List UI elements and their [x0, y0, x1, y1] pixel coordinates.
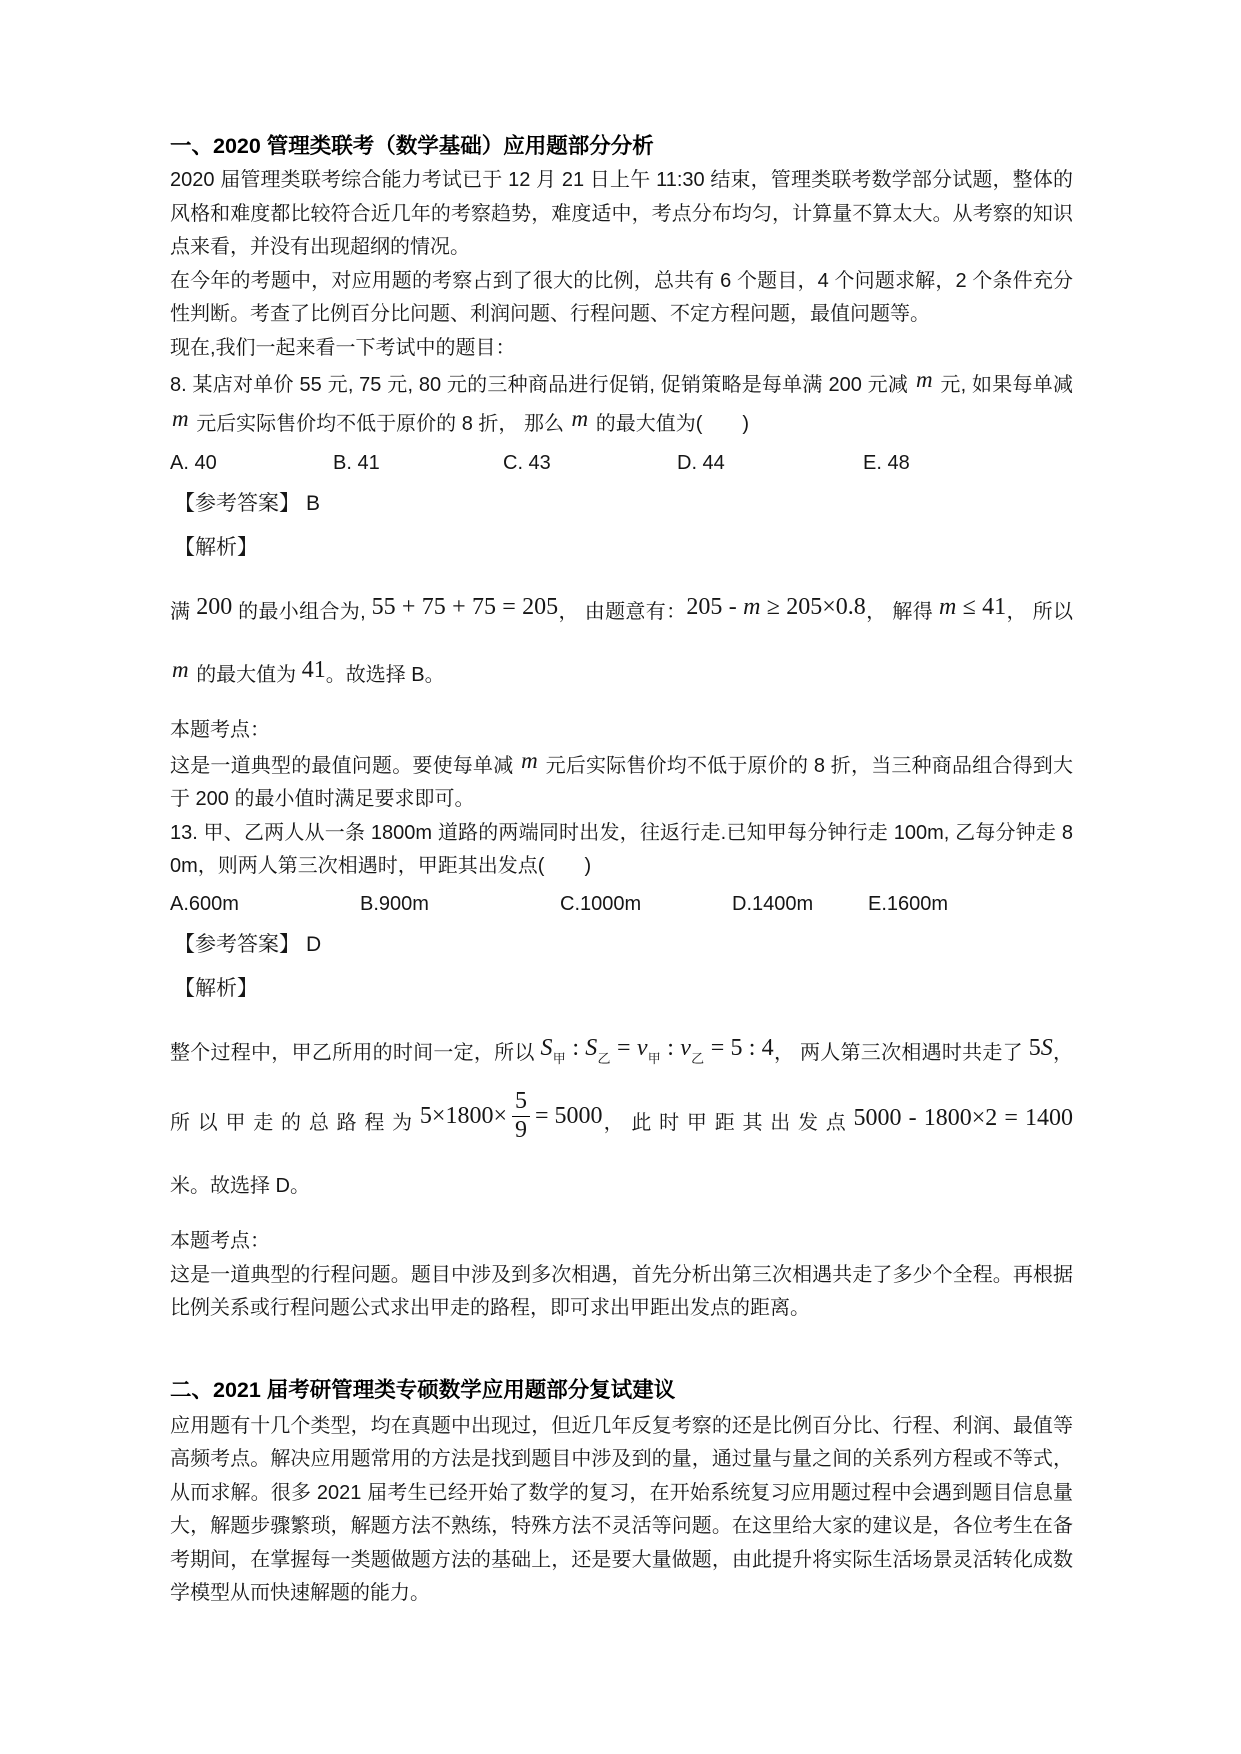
section-2-heading: 二、2021 届考研管理类专硕数学应用题部分复试建议	[170, 1372, 1073, 1408]
document-page: 一、2020 管理类联考（数学基础）应用题部分分析 2020 届管理类联考综合能…	[0, 0, 1241, 1611]
question-8: 8. 某店对单价 55 元, 75 元, 80 元的三种商品进行促销, 促销策略…	[170, 365, 1073, 817]
question-13-point-text: 这是一道典型的行程问题。题目中涉及到多次相遇，首先分析出第三次相遇共走了多少个全…	[170, 1259, 1073, 1326]
intro-paragraph-1: 2020 届管理类联考综合能力考试已于 12 月 21 日上午 11:30 结束…	[170, 164, 1073, 265]
question-8-answer-line: 【参考答案】B	[170, 482, 1073, 526]
math-var-m: m	[170, 657, 191, 682]
solution-text: ， 解得	[866, 601, 933, 623]
question-8-stem: 8. 某店对单价 55 元, 75 元, 80 元的三种商品进行促销, 促销策略…	[170, 365, 1073, 443]
option-e: E. 48	[863, 446, 1073, 480]
stem-text: 元后实际售价均不低于原价的 8 折， 那么	[196, 413, 564, 435]
point-text: 这是一道典型的最值问题。要使每单减	[170, 755, 513, 777]
math-expression: 5S	[1029, 1035, 1053, 1061]
math-expression: 55 + 75 + 75 = 205	[372, 594, 559, 620]
stem-text: 的最大值为( )	[596, 413, 749, 435]
fraction: 59	[512, 1088, 530, 1144]
math-var-v: v	[680, 1035, 691, 1061]
option-a: A.600m	[170, 887, 360, 921]
math-var-m: m	[914, 367, 935, 392]
solution-text: ， 由题意有：	[558, 601, 686, 623]
math-term: 205 -	[686, 594, 743, 620]
math-var-m: m	[743, 594, 760, 620]
question-13-options: A.600m B.900m C.1000m D.1400m E.1600m	[170, 887, 1073, 921]
option-c: C. 43	[503, 446, 677, 480]
stem-text: 8. 某店对单价 55 元, 75 元, 80 元的三种商品进行促销, 促销策略…	[170, 374, 908, 396]
solution-text: 满	[170, 601, 190, 623]
subscript-jia: 甲	[648, 1051, 662, 1066]
question-8-analysis-label: 【解析】	[170, 526, 1073, 570]
math-term: ≥ 205×0.8	[760, 594, 865, 620]
question-13-stem: 13. 甲、乙两人从一条 1800m 道路的两端同时出发，往返行走.已知甲每分钟…	[170, 817, 1073, 884]
solution-text: 的最小组合为,	[238, 601, 366, 623]
math-var-m: m	[519, 748, 540, 773]
reference-answer-label: 【参考答案】	[174, 492, 300, 515]
option-b: B. 41	[333, 446, 503, 480]
advice-paragraph: 应用题有十几个类型，均在真题中出现过，但近几年反复考察的还是比例百分比、行程、利…	[170, 1410, 1073, 1611]
solution-text: 米。故选择 D。	[170, 1175, 310, 1197]
math-number: 200	[196, 594, 232, 620]
option-d: D.1400m	[732, 887, 868, 921]
subscript-jia: 甲	[553, 1051, 567, 1066]
question-13: 13. 甲、乙两人从一条 1800m 道路的两端同时出发，往返行走.已知甲每分钟…	[170, 817, 1073, 1326]
intro-paragraph-3: 现在,我们一起来看一下考试中的题目：	[170, 332, 1073, 366]
reference-answer-value: B	[300, 492, 320, 515]
stem-text: 元, 如果每单减	[940, 374, 1073, 396]
solution-text: 的最大值为	[196, 664, 296, 686]
math-operator: =	[611, 1035, 637, 1061]
option-d: D. 44	[677, 446, 863, 480]
math-var-m: m	[939, 594, 956, 620]
math-expression: 5000 - 1800×2 = 1400	[854, 1105, 1073, 1131]
intro-paragraph-2: 在今年的考题中，对应用题的考察占到了很大的比例，总共有 6 个题目，4 个问题求…	[170, 265, 1073, 332]
fraction-numerator: 5	[512, 1088, 530, 1116]
math-term: ≤ 41	[956, 594, 1006, 620]
solution-text: 。故选择 B。	[326, 664, 445, 686]
fraction-denominator: 9	[512, 1116, 530, 1145]
question-8-point-text: 这是一道典型的最值问题。要使每单减 m 元后实际售价均不低于原价的 8 折，当三…	[170, 748, 1073, 817]
solution-text: ， 此 时 甲 距 其 出 发 点	[603, 1112, 847, 1134]
math-operator: :	[566, 1035, 585, 1061]
solution-text: ， 两人第三次相遇时共走	[774, 1042, 1003, 1064]
math-term: 5×1800×	[420, 1085, 507, 1147]
math-var-m: m	[570, 406, 591, 431]
solution-text: ， 所以	[1006, 601, 1073, 623]
math-expression: m ≤ 41	[939, 594, 1006, 620]
subscript-yi: 乙	[691, 1051, 705, 1066]
question-8-solution: 满 200 的最小组合为, 55 + 75 + 75 = 205， 由题意有：2…	[170, 580, 1073, 706]
section-1-heading: 一、2020 管理类联考（数学基础）应用题部分分析	[170, 128, 1073, 164]
math-var-v: v	[637, 1035, 648, 1061]
math-operator: :	[661, 1035, 680, 1061]
math-operator: = 5 : 4	[704, 1035, 773, 1061]
math-number: 5	[1029, 1035, 1041, 1061]
option-c: C.1000m	[560, 887, 732, 921]
question-8-options: A. 40 B. 41 C. 43 D. 44 E. 48	[170, 446, 1073, 480]
analysis-label: 【解析】	[174, 536, 258, 559]
math-var-S: S	[585, 1035, 597, 1061]
math-var-S: S	[541, 1035, 553, 1061]
ratio-formula: S甲 : S乙 = v甲 : v乙 = 5 : 4	[541, 1035, 774, 1061]
fraction-formula: 5×1800×59= 5000	[420, 1085, 603, 1147]
math-term: = 5000	[535, 1085, 603, 1147]
math-var-m: m	[170, 406, 191, 431]
math-var-S: S	[1041, 1035, 1053, 1061]
question-13-analysis-label: 【解析】	[170, 967, 1073, 1011]
reference-answer-value: D	[300, 933, 321, 956]
question-13-point-label: 本题考点：	[170, 1225, 1073, 1259]
question-8-point-label: 本题考点：	[170, 714, 1073, 748]
option-e: E.1600m	[868, 887, 1073, 921]
subscript-yi: 乙	[597, 1051, 611, 1066]
math-number: 41	[302, 657, 326, 683]
option-b: B.900m	[360, 887, 560, 921]
question-13-solution: 整个过程中，甲乙所用的时间一定，所以 S甲 : S乙 = v甲 : v乙 = 5…	[170, 1021, 1073, 1218]
reference-answer-label: 【参考答案】	[174, 933, 300, 956]
solution-text: 整个过程中，甲乙所用的时间一定，所以	[170, 1042, 535, 1064]
math-expression: 205 - m ≥ 205×0.8	[686, 594, 865, 620]
solution-text: 了	[1003, 1042, 1023, 1064]
analysis-label: 【解析】	[174, 977, 258, 1000]
question-13-answer-line: 【参考答案】D	[170, 923, 1073, 967]
option-a: A. 40	[170, 446, 333, 480]
